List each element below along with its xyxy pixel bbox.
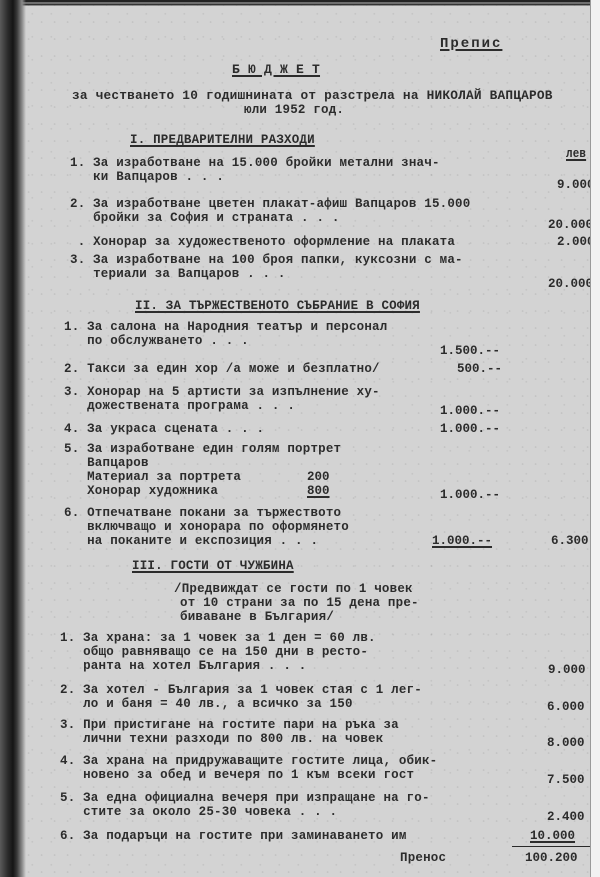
section-1-heading: I. ПРЕДВАРИТЕЛНИ РАЗХОДИ [130,134,315,147]
scanned-page: Препис Б Ю Д Ж Е Т за честването 10 годи… [0,0,590,877]
section-2-total: 6.300 [551,535,589,548]
item-total: 10.000 [530,830,575,843]
item-line: 2. Такси за един хор /а може и безплатно… [64,363,380,376]
document-title: Б Ю Д Ж Е Т [232,63,320,76]
item-total: 9.000 [557,179,590,192]
item-line: 1. За салона на Народния театър и персон… [64,321,387,334]
item-line: ло и баня = 40 лв., а всичко за 150 [60,698,353,711]
carry-forward-total: 100.200 [525,852,578,865]
item-line: 5. За изработване един голям портрет [64,443,341,456]
section-2-heading: II. ЗА ТЪРЖЕСТВЕНОТО СЪБРАНИЕ В СОФИЯ [135,300,420,313]
item-total: 8.000 [547,737,585,750]
item-line: на поканите и експозиция . . . [64,535,318,548]
item-line: териали за Вапцаров . . . [70,268,286,281]
item-line: 1. За храна: за 1 човек за 1 ден = 60 лв… [60,632,376,645]
item-line: дожествената програма . . . [64,400,295,413]
sub-amount: 800 [307,485,330,498]
sub-amount: 200 [307,471,330,484]
item-line: ки Вапцаров . . . [70,171,224,184]
item-line: лични техни разходи по 800 лв. на човек [60,733,383,746]
section-3-heading: III. ГОСТИ ОТ ЧУЖБИНА [132,560,294,573]
item-line: бройки за София и страната . . . [70,212,340,225]
page-top-edge [14,0,590,6]
item-line: включващо и хонорара по оформянето [64,521,349,534]
item-total: 2.400 [547,811,585,824]
item-line: новено за обед и вечеря по 1 към всеки г… [60,769,414,782]
subtitle-line-1: за честването 10 годишнината от разстрел… [72,89,553,102]
item-line: 4. За храна на придружаващите гостите ли… [60,755,437,768]
item-line: . Хонорар за художественото оформление н… [70,236,455,249]
item-total: 9.000 [548,664,586,677]
item-line: 3. Хонорар на 5 артисти за изпълнение ху… [64,386,380,399]
total-rule [512,846,590,847]
item-line: по обслужването . . . [64,335,249,348]
item-amount: 1.000.-- [432,535,492,548]
item-line: 5. За една официална вечеря при изпращан… [60,792,430,805]
scan-border-strip [590,0,600,877]
item-amount: 1.000.-- [440,423,500,436]
item-line: Хонорар художника [64,485,218,498]
item-total: 20.000 [548,278,590,291]
item-line: Вапцаров [64,457,149,470]
item-line: 3. При пристигане на гостите пари на рък… [60,719,399,732]
item-line: стите за около 25-30 човека . . . [60,806,337,819]
item-line: 4. За украса сцената . . . [64,423,264,436]
section-3-note-line: биваване в България/ [180,611,334,624]
copy-label: Препис [440,38,502,51]
section-3-note-line: /Предвиждат се гости по 1 човек [174,583,413,596]
carry-forward-label: Пренос [400,852,446,865]
item-line: Материал за портрета [64,471,241,484]
page-binding-edge [0,0,26,877]
item-line: общо равняващо се на 150 дни в ресто- [60,646,368,659]
item-total: 6.000 [547,701,585,714]
item-line: 1. За изработване на 15.000 бройки метал… [70,157,440,170]
item-total: 2.000 [557,236,590,249]
item-amount: 1.000.-- [440,489,500,502]
item-line: ранта на хотел България . . . [60,660,306,673]
item-total: 7.500 [547,774,585,787]
item-line: 6. За подаръци на гостите при заминаване… [60,830,407,843]
item-line: 3. За изработване на 100 броя папки, кук… [70,254,463,267]
item-amount: 500.-- [457,363,502,376]
currency-header: лев [566,148,586,161]
item-line: 2. За изработване цветен плакат-афиш Вап… [70,198,470,211]
section-3-note-line: от 10 страни за по 15 дена пре- [180,597,419,610]
item-total: 20.000 [548,219,590,232]
item-amount: 1.500.-- [440,345,500,358]
item-line: 6. Отпечатване покани за тържеството [64,507,341,520]
item-amount: 1.000.-- [440,405,500,418]
item-line: 2. За хотел - България за 1 човек стая с… [60,684,422,697]
subtitle-line-2: юли 1952 год. [244,104,344,117]
